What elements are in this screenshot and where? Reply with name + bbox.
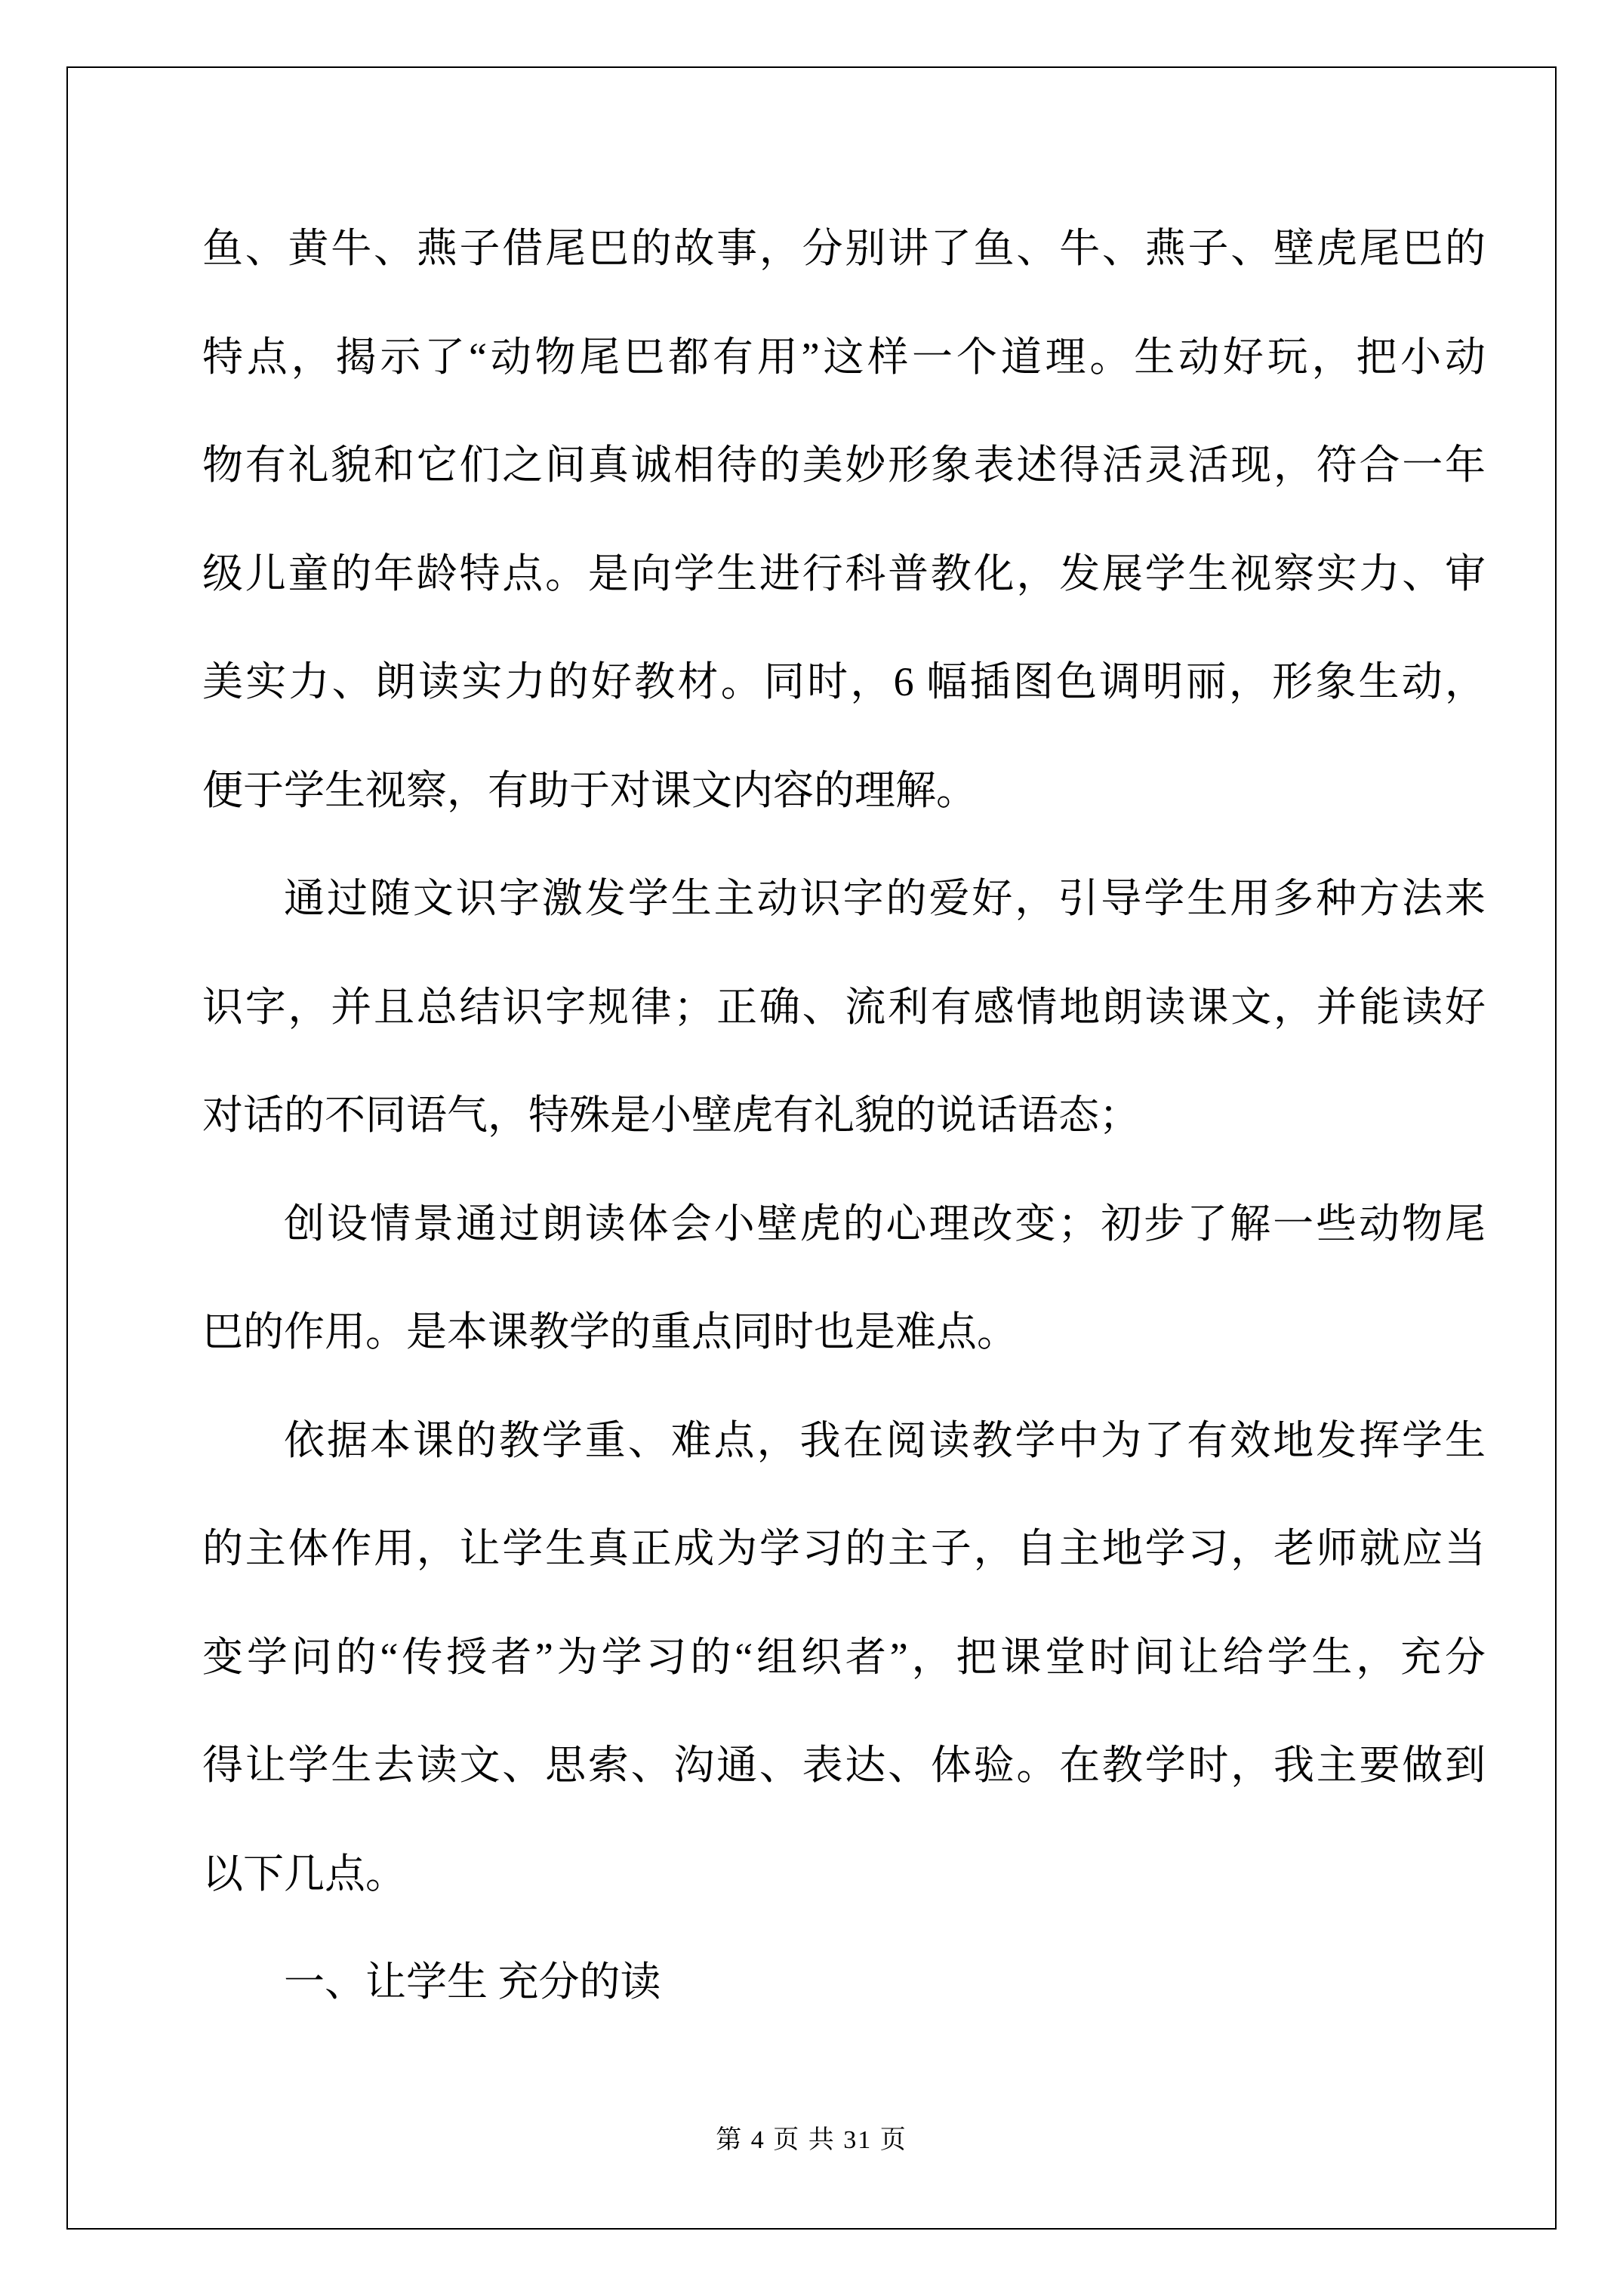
text-line: 的主体作用，让学生真正成为学习的主子，自主地学习，老师就应当 <box>202 1495 1486 1604</box>
text-line: 对话的不同语气，特殊是小壁虎有礼貌的说话语态； <box>202 1062 1486 1170</box>
text-line: 以下几点。 <box>202 1820 1486 1929</box>
text-line: 级儿童的年龄特点。是向学生进行科普教化，发展学生视察实力、审 <box>202 520 1486 629</box>
document-page: 鱼、黄牛、燕子借尾巴的故事，分别讲了鱼、牛、燕子、壁虎尾巴的特点，揭示了“动物尾… <box>0 0 1623 2296</box>
page-number-text: 第 4 页 共 31 页 <box>716 2126 907 2154</box>
text-line: 特点，揭示了“动物尾巴都有用”这样一个道理。生动好玩，把小动 <box>202 304 1486 412</box>
text-line: 创设情景通过朗读体会小壁虎的心理改变；初步了解一些动物尾 <box>202 1170 1486 1279</box>
document-body: 鱼、黄牛、燕子借尾巴的故事，分别讲了鱼、牛、燕子、壁虎尾巴的特点，揭示了“动物尾… <box>202 195 1486 2037</box>
text-line: 鱼、黄牛、燕子借尾巴的故事，分别讲了鱼、牛、燕子、壁虎尾巴的 <box>202 195 1486 304</box>
text-line: 美实力、朗读实力的好教材。同时，6 幅插图色调明丽，形象生动， <box>202 628 1486 737</box>
text-line: 得让学生去读文、思索、沟通、表达、体验。在教学时，我主要做到 <box>202 1712 1486 1820</box>
text-line: 变学问的“传授者”为学习的“组织者”，把课堂时间让给学生，充分 <box>202 1604 1486 1712</box>
text-line: 识字，并且总结识字规律；正确、流利有感情地朗读课文，并能读好 <box>202 954 1486 1062</box>
text-line: 通过随文识字激发学生主动识字的爱好，引导学生用多种方法来 <box>202 845 1486 954</box>
text-line: 一、让学生 充分的读 <box>202 1928 1486 2037</box>
text-line: 依据本课的教学重、难点，我在阅读教学中为了有效地发挥学生 <box>202 1387 1486 1496</box>
page-footer: 第 4 页 共 31 页 <box>68 2125 1555 2156</box>
text-line: 便于学生视察，有助于对课文内容的理解。 <box>202 737 1486 846</box>
page-border-frame: 鱼、黄牛、燕子借尾巴的故事，分别讲了鱼、牛、燕子、壁虎尾巴的特点，揭示了“动物尾… <box>66 66 1557 2230</box>
text-line: 巴的作用。是本课教学的重点同时也是难点。 <box>202 1278 1486 1387</box>
text-line: 物有礼貌和它们之间真诚相待的美妙形象表述得活灵活现，符合一年 <box>202 411 1486 520</box>
